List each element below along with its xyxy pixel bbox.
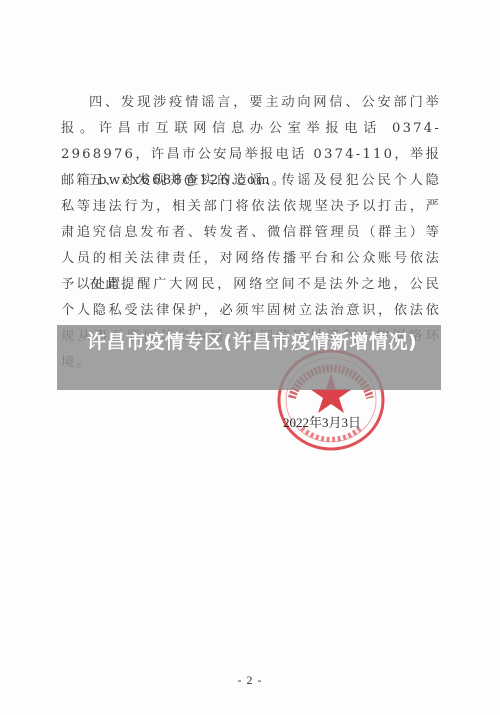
article-title: 许昌市疫情专区(许昌市疫情新增情况) <box>67 329 437 356</box>
document-date: 2022年3月3日 <box>283 412 361 431</box>
page-number: - 2 - <box>0 673 500 688</box>
document-page: 四、发现涉疫情谣言，要主动向网信、公安部门举报。许昌市互联网信息办公室举报电话 … <box>0 0 500 715</box>
title-overlay-banner: 许昌市疫情专区(许昌市疫情新增情况) <box>57 325 441 390</box>
